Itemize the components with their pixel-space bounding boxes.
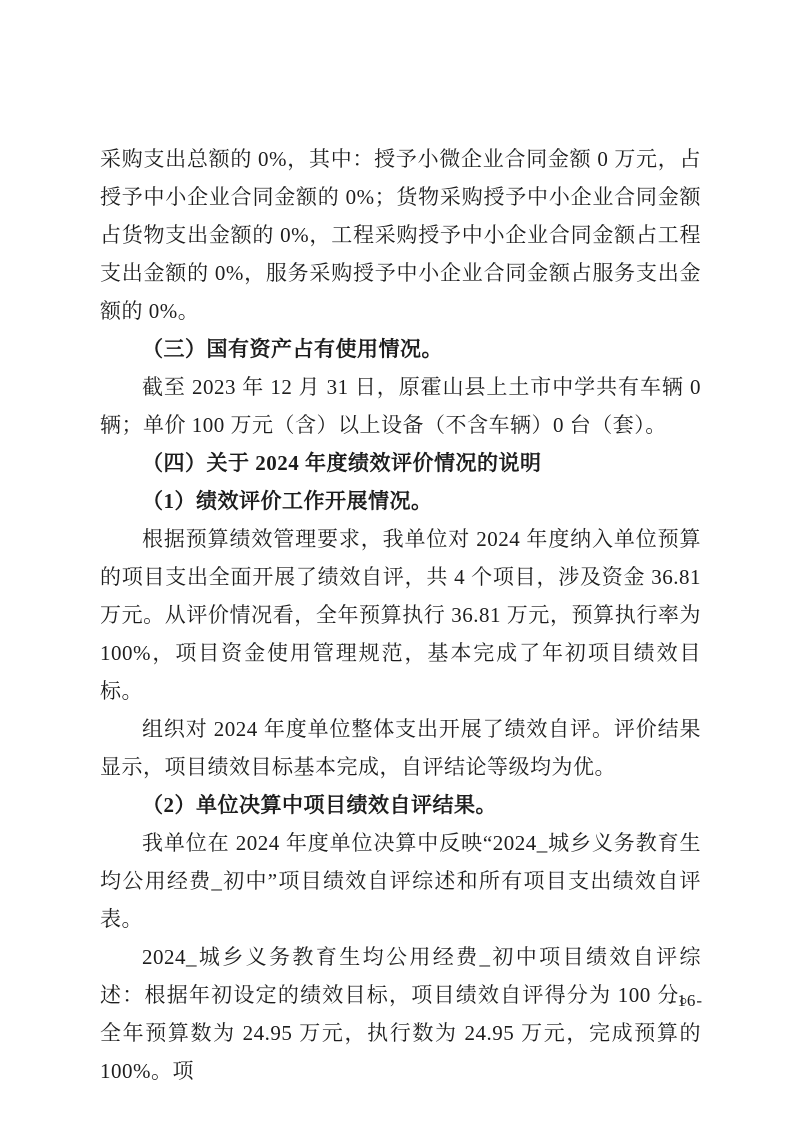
paragraph-vehicles-equipment: 截至 2023 年 12 月 31 日，原霍山县上土市中学共有车辆 0 辆；单价… (100, 368, 701, 444)
page-number: -16- (671, 991, 703, 1011)
paragraph-project-self-evaluation-summary: 2024_城乡义务教育生均公用经费_初中项目绩效自评综述：根据年初设定的绩效目标… (100, 938, 701, 1090)
heading-state-owned-assets: （三）国有资产占有使用情况。 (100, 330, 701, 368)
paragraph-final-accounts-reflection: 我单位在 2024 年度单位决算中反映“2024_城乡义务教育生均公用经费_初中… (100, 824, 701, 938)
document-body: 采购支出总额的 0%，其中：授予小微企业合同金额 0 万元，占授予中小企业合同金… (100, 140, 701, 1090)
heading-performance-evaluation-work: （1）绩效评价工作开展情况。 (100, 482, 701, 520)
heading-2024-performance-evaluation: （四）关于 2024 年度绩效评价情况的说明 (100, 444, 701, 482)
document-page: 采购支出总额的 0%，其中：授予小微企业合同金额 0 万元，占授予中小企业合同金… (0, 0, 793, 1122)
heading-final-accounts-self-evaluation: （2）单位决算中项目绩效自评结果。 (100, 786, 701, 824)
paragraph-self-evaluation-projects: 根据预算绩效管理要求，我单位对 2024 年度纳入单位预算的项目支出全面开展了绩… (100, 520, 701, 710)
paragraph-overall-expenditure-evaluation: 组织对 2024 年度单位整体支出开展了绩效自评。评价结果显示，项目绩效目标基本… (100, 710, 701, 786)
paragraph-procurement-smes-continued: 采购支出总额的 0%，其中：授予小微企业合同金额 0 万元，占授予中小企业合同金… (100, 140, 701, 330)
